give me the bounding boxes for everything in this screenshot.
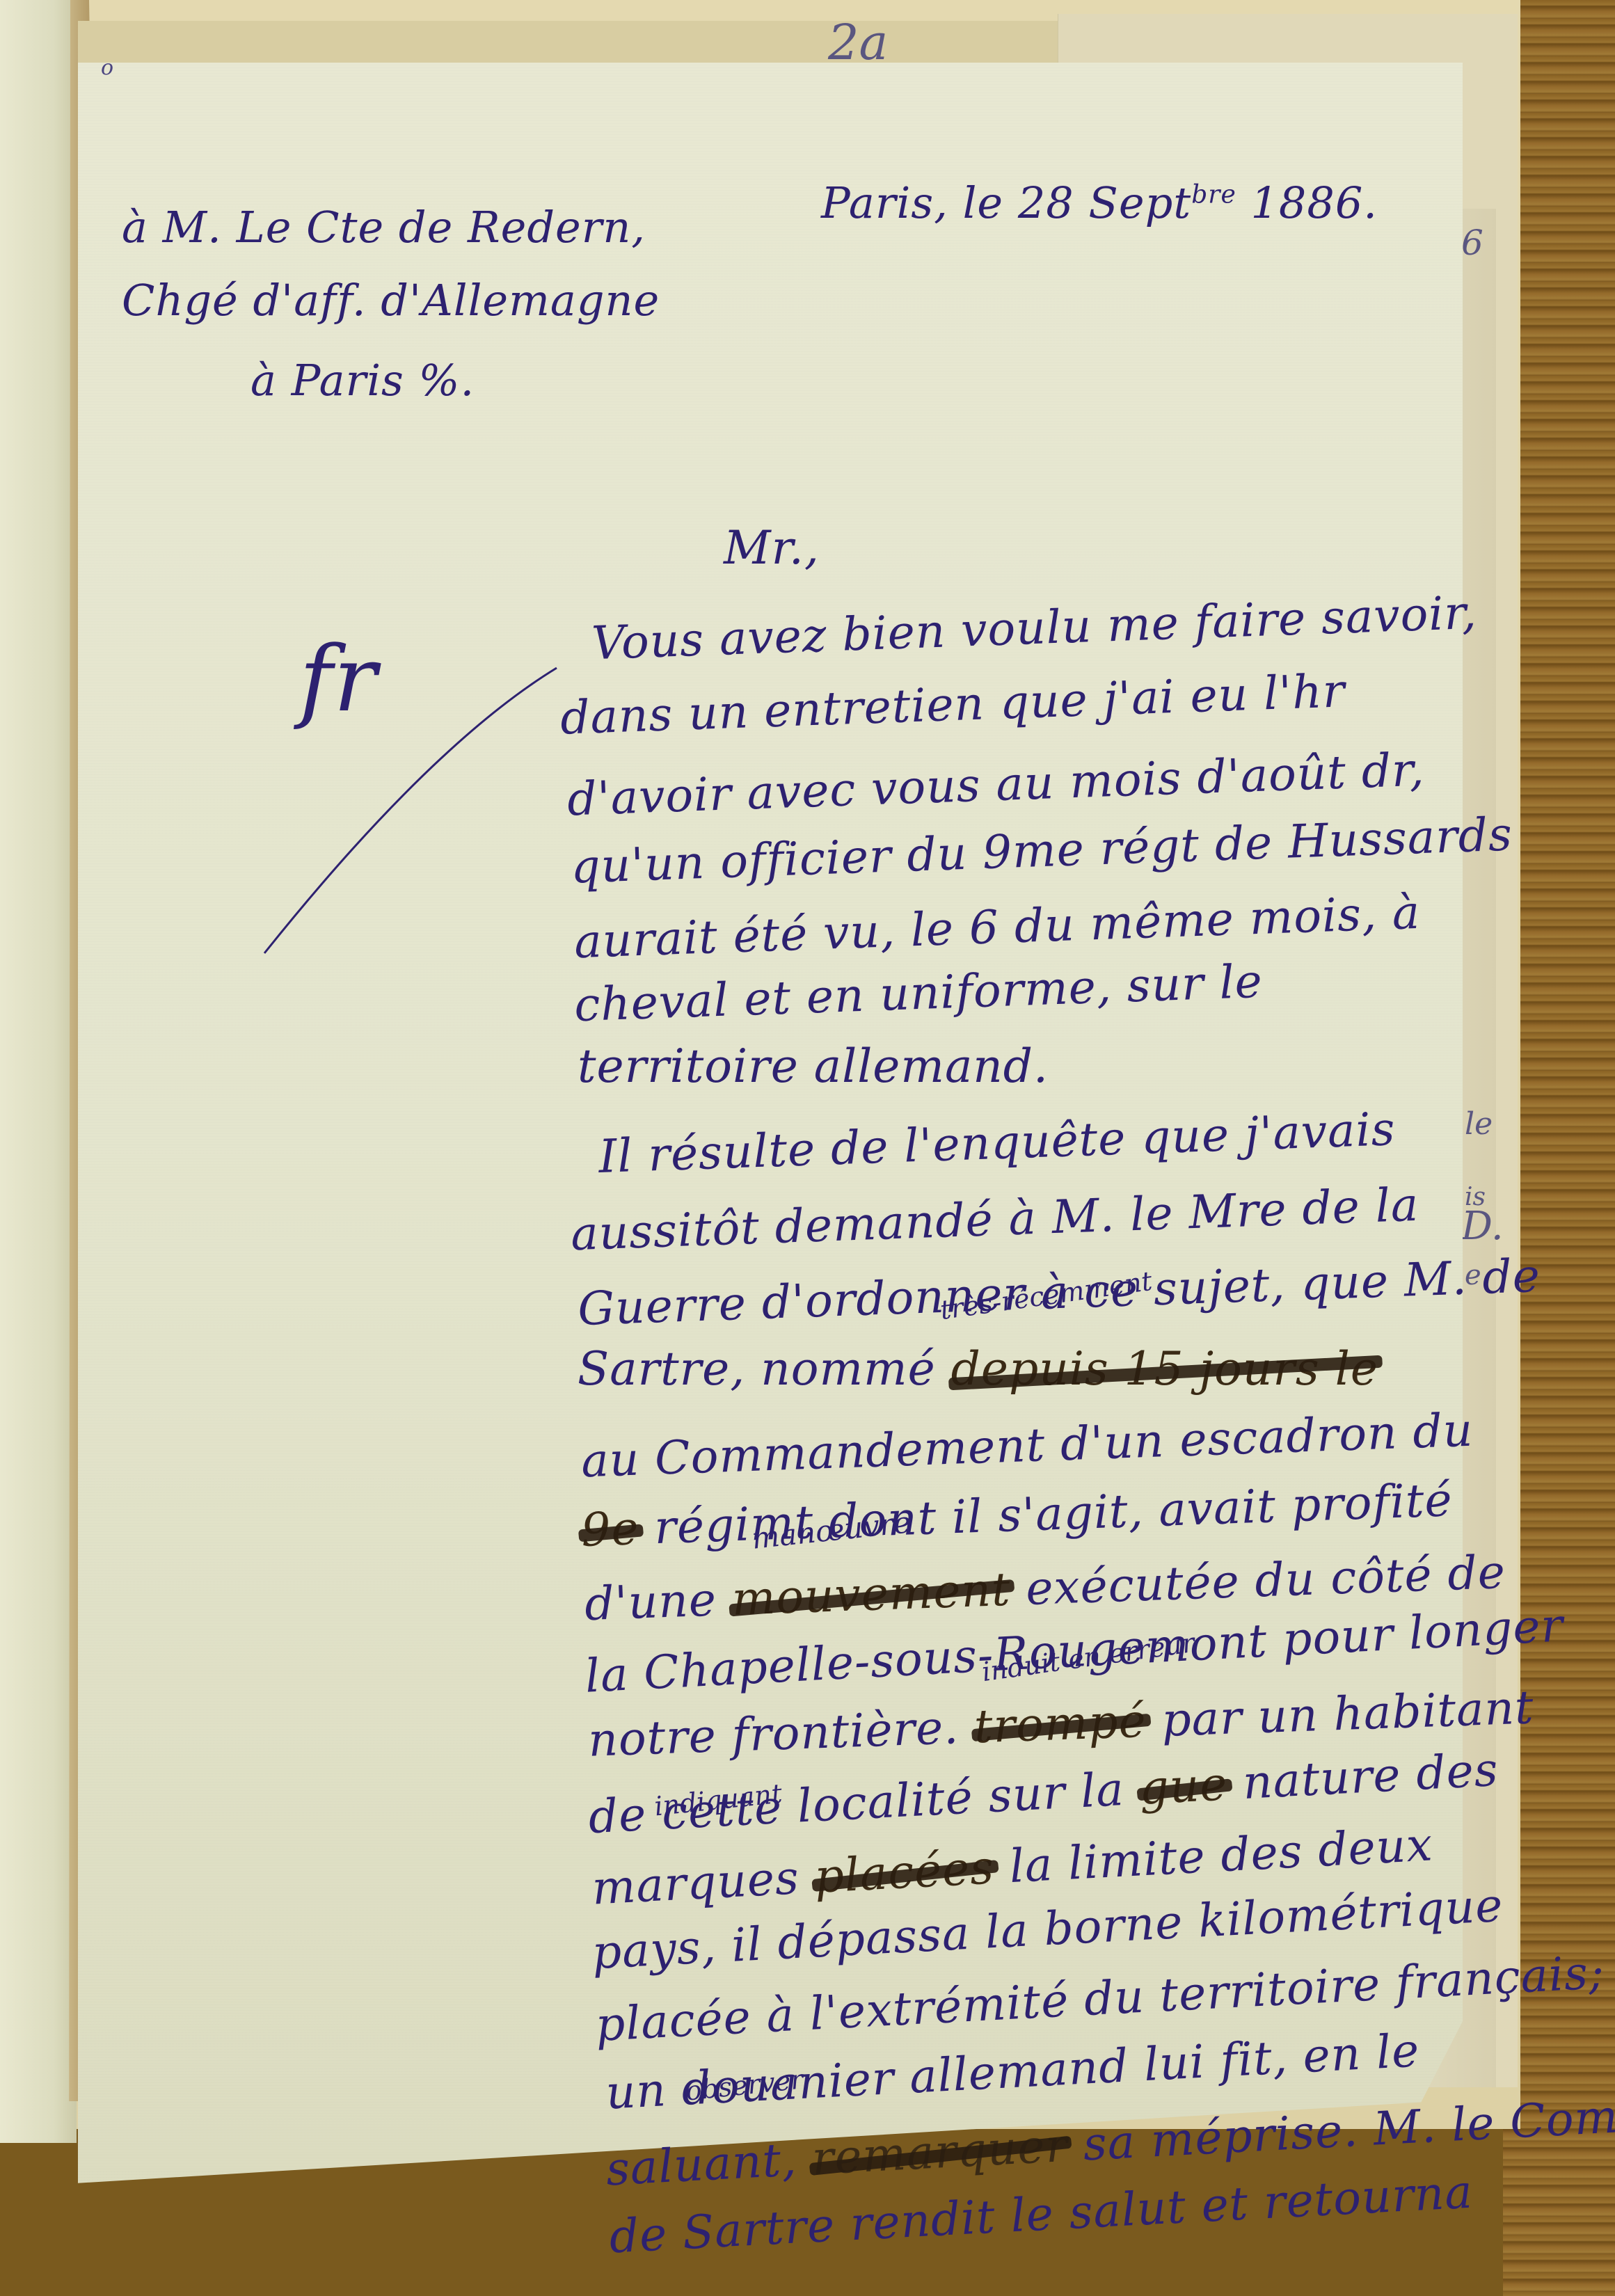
date-year: 1886.	[1250, 177, 1378, 228]
deletion: depuis 15 jours le	[951, 1342, 1378, 1396]
deletion: trompé	[973, 1694, 1147, 1754]
body-line: territoire allemand.	[578, 1044, 1049, 1090]
folder-pencil-mark: 2a	[828, 14, 888, 71]
dateline: Paris, le 28 Septbre 1886.	[821, 177, 1378, 228]
address-line-2: Chgé d'aff. d'Allemagne	[122, 275, 660, 326]
left-facing-page	[0, 0, 77, 2143]
deletion: 9e	[580, 1501, 640, 1557]
body-text: saluant,	[605, 2132, 798, 2196]
date-month-sup: bre	[1191, 180, 1236, 209]
body-text: marques	[591, 1851, 801, 1915]
corner-mark: o	[101, 56, 113, 80]
edge-fragment: D.	[1461, 1204, 1504, 1249]
body-text: Sartre, nommé	[578, 1342, 936, 1396]
deletion: mouvement	[731, 1563, 1011, 1626]
body-line: Sartre, nommé depuis 15 jours le	[578, 1346, 1378, 1392]
address-line-1: à M. Le Cte de Redern,	[122, 202, 646, 253]
page-number: 6	[1461, 223, 1483, 263]
margin-diagonal-stroke	[257, 661, 564, 960]
edge-fragment: le	[1465, 1106, 1493, 1142]
deletion: gue	[1138, 1757, 1229, 1815]
body-text: d'une	[584, 1573, 717, 1632]
salutation: Mr.,	[724, 525, 820, 571]
address-line-3: à Paris %.	[250, 355, 475, 406]
deletion: placées	[813, 1840, 996, 1903]
date-text: Paris, le 28 Sept	[821, 177, 1191, 228]
